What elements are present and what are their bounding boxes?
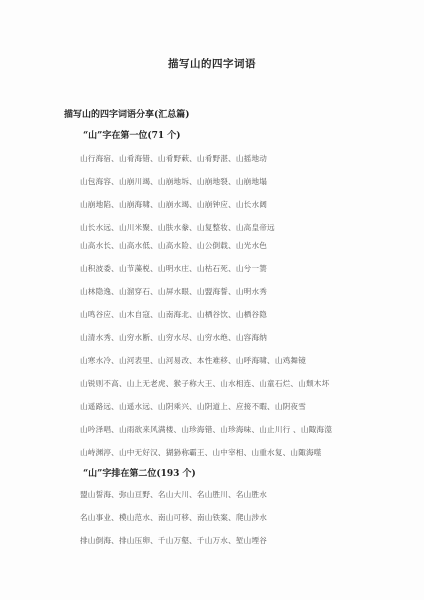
idiom-line: 山遥路远、山遥水远、山阴乘兴、山阴道上、应接不暇、山阴夜雪 <box>80 401 306 412</box>
idiom-line: 山峙渊渟、山中无好汉、猢狲称霸王、山中宰相、山重水复、山陬海噬 <box>80 447 322 458</box>
idiom-line: 山行海宿、山肴海错、山肴野蔌、山肴野湛、山摇地动 <box>80 153 267 164</box>
idiom-line: 山锐则不高、山上无老虎、猴子称大王、山水相连、山童石烂、山颓木坏 <box>80 378 329 389</box>
subheading-second-position: “山”字排在第二位(193 个) <box>83 466 196 479</box>
idiom-line: 山寒水冷、山河表里、山河易改、本性难移、山呼海啸、山鸡舞镜 <box>80 355 306 366</box>
idiom-line: 盟山誓海、弥山亘野、名山大川、名山胜川、名山胜水 <box>80 489 267 500</box>
idiom-line: 山高水长、山高水低、山高水险、山公倒载、山光水色 <box>80 240 267 251</box>
subheading-first-position: “山”字在第一位(71 个) <box>83 128 181 141</box>
idiom-line: 排山倒海、排山压卵、千山万壑、千山万水、堑山堙谷 <box>80 535 267 546</box>
document-page: 描写山的四字词语 描写山的四字词语分享(汇总篇) “山”字在第一位(71 个) … <box>0 0 424 600</box>
idiom-line: 山长水远、山川米聚、山肤水豢、山复整妆、山高皇帝远 <box>80 222 275 233</box>
idiom-line: 山吟泽唱、山雨欲来风满楼、山珍海错、山珍海味、山止川行 、山陬海澨 <box>80 424 332 435</box>
idiom-line: 山林隐逸、山溜穿石、山屏水眼、山盟海誓、山明水秀 <box>80 286 267 297</box>
idiom-line: 山积波委、山节藻棁、山明水庄、山枯石死、山兮一箦 <box>80 263 267 274</box>
idiom-line: 山鸣谷应、山木自寇、山南海北、山栖谷饮、山栖谷隐 <box>80 309 267 320</box>
idiom-line: 山清水秀、山穷水断、山穷水尽、山穷水绝、山容海纳 <box>80 332 267 343</box>
idiom-line: 山崩地陷、山崩海啸、山崩水竭、山崩钟应、山长水阔 <box>80 199 267 210</box>
document-title: 描写山的四字词语 <box>0 56 424 71</box>
idiom-line: 名山事业、模山范水、南山可移、南山铁案、爬山涉水 <box>80 512 267 523</box>
idiom-line: 山包海容、山崩川竭、山崩地坼、山崩地裂、山崩地塌 <box>80 176 267 187</box>
section-heading: 描写山的四字词语分享(汇总篇) <box>64 107 190 120</box>
